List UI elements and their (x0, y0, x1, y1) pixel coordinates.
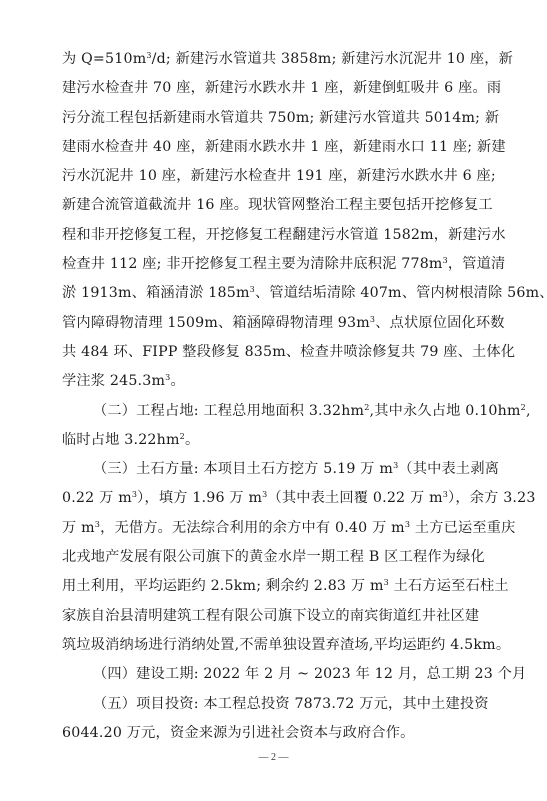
text-line: 建雨水检查井 40 座，新建雨水跌水井 1 座，新建雨水口 11 座; 新建 (62, 133, 478, 162)
superscript: 3 (405, 520, 410, 529)
document-page: 为 Q=510m3/d; 新建污水管道共 3858m; 新建污水沉泥井 10 座… (62, 45, 478, 748)
text-line: 程和非开挖修复工程，开挖修复工程翻建污水管道 1582m，新建污水 (62, 221, 478, 250)
superscript: 3 (393, 461, 398, 470)
text-line: 北戎地产发展有限公司旗下的黄金水岸一期工程 B 区工程作为绿化 (62, 543, 478, 572)
text-line: （四）建设工期: 2022 年 2 月 ~ 2023 年 12 月，总工期 23… (62, 660, 478, 689)
text-line: 污分流工程包括新建雨水管道共 750m; 新建污水管道共 5014m; 新 (62, 104, 478, 133)
superscript: 3 (146, 51, 151, 60)
superscript: 3 (384, 578, 389, 587)
text-line: 家族自治县清明建筑工程有限公司旗下设立的南宾街道红井社区建 (62, 602, 478, 631)
text-line: 共 484 环、FIPP 整段修复 835m、检查井喷涂修复共 79 座、土体化 (62, 338, 478, 367)
text-line: 6044.20 万元，资金来源为引进社会资本与政府合作。 (62, 719, 478, 748)
text-line: 新建合流管道截流井 16 座。现状管网整治工程主要包括开挖修复工 (62, 191, 478, 220)
text-line: 淤 1913m、箱涵清淤 185m3、管道结垢清除 407m、管内树根清除 56… (62, 279, 478, 308)
text-line: 为 Q=510m3/d; 新建污水管道共 3858m; 新建污水沉泥井 10 座… (62, 45, 478, 74)
superscript: 3 (165, 373, 170, 382)
superscript: 3 (250, 285, 255, 294)
text-line: （三）土石方量: 本项目土石方挖方 5.19 万 m3（其中表土剥离 (62, 455, 478, 484)
superscript: 2 (521, 403, 526, 412)
superscript: 2 (180, 432, 185, 441)
text-line: 建污水检查井 70 座，新建污水跌水井 1 座，新建倒虹吸井 6 座。雨 (62, 74, 478, 103)
text-line: 学注浆 245.3m3。 (62, 367, 478, 396)
text-line: 污水沉泥井 10 座，新建污水检查井 191 座，新建污水跌水井 6 座; (62, 162, 478, 191)
text-line: 万 m3，无借方。无法综合利用的余方中有 0.40 万 m3 土方已运至重庆 (62, 514, 478, 543)
text-line: 用土利用，平均运距约 2.5km; 剩余约 2.83 万 m3 土石方运至石柱土 (62, 572, 478, 601)
text-line: 检查井 112 座; 非开挖修复工程主要为清除井底积泥 778m3，管道清 (62, 250, 478, 279)
superscript: 3 (443, 256, 448, 265)
text-line: 筑垃圾消纳场进行消纳处置,不需单独设置弃渣场,平均运距约 4.5km。 (62, 631, 478, 660)
text-line: 临时占地 3.22hm2。 (62, 426, 478, 455)
text-line: （二）工程占地: 工程总用地面积 3.32hm2,其中永久占地 0.10hm2, (62, 397, 478, 426)
text-line: 0.22 万 m3），填方 1.96 万 m3（其中表土回覆 0.22 万 m3… (62, 484, 478, 513)
text-line: （五）项目投资: 本工程总投资 7873.72 万元，其中土建投资 (62, 690, 478, 719)
page-number: — 2 — (0, 752, 547, 763)
superscript: 3 (262, 490, 267, 499)
superscript: 3 (95, 520, 100, 529)
text-line: 管内障碍物清理 1509m、箱涵障碍物清理 93m3、点状原位固化环数 (62, 309, 478, 338)
superscript: 3 (132, 490, 137, 499)
superscript: 2 (364, 403, 369, 412)
superscript: 3 (370, 315, 375, 324)
superscript: 3 (443, 490, 448, 499)
